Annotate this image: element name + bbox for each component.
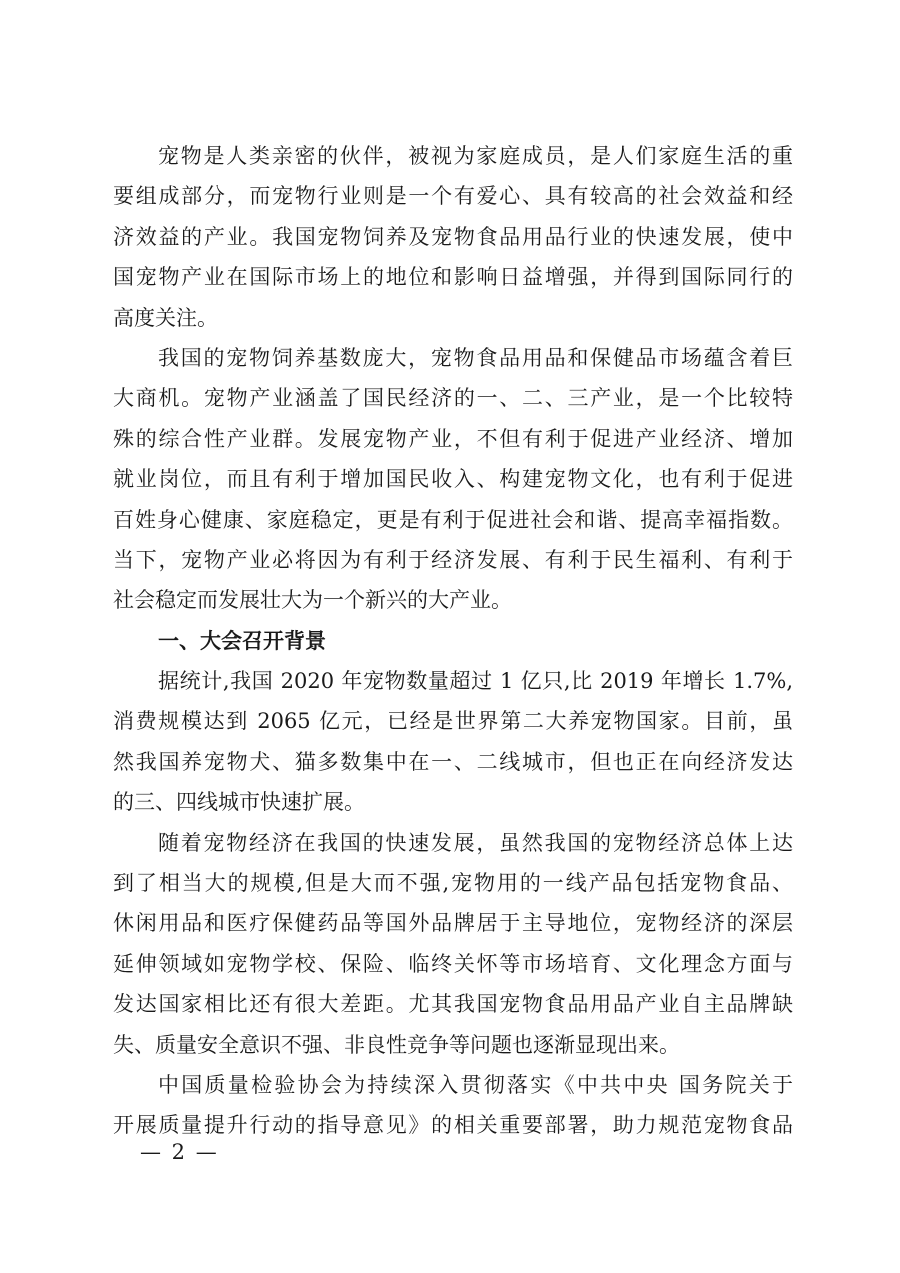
paragraph-industry: 我国的宠物饲养基数庞大，宠物食品用品和保健品市场蕴含着巨 大商机。宠物产业涵盖了… (113, 338, 793, 621)
text-line: 发达国家相比还有很大差距。尤其我国宠物食品用品产业自主品牌缺 (113, 984, 793, 1024)
text-line: 然我国养宠物犬、猫多数集中在一、二线城市，但也正在向经济发达 (113, 742, 793, 782)
document-page: 宠物是人类亲密的伙伴，被视为家庭成员，是人们家庭生活的重 要组成部分，而宠物行业… (0, 0, 900, 1273)
paragraph-statistics: 据统计,我国 2020 年宠物数量超过 1 亿只,比 2019 年增长 1.7%… (113, 661, 793, 823)
text-line: 到了相当大的规模,但是大而不强,宠物用的一线产品包括宠物食品、 (113, 863, 793, 903)
text-line: 消费规模达到 2065 亿元，已经是世界第二大养宠物国家。目前，虽 (113, 701, 793, 741)
text-line: 随着宠物经济在我国的快速发展，虽然我国的宠物经济总体上达 (113, 823, 793, 863)
section-heading: 一、大会召开背景 (113, 621, 793, 661)
text-line: 据统计,我国 2020 年宠物数量超过 1 亿只,比 2019 年增长 1.7%… (113, 661, 793, 701)
text-line: 当下，宠物产业必将因为有利于经济发展、有利于民生福利、有利于 (113, 540, 793, 580)
text-line: 高度关注。 (113, 298, 793, 338)
text-line: 济效益的产业。我国宠物饲养及宠物食品用品行业的快速发展，使中 (113, 217, 793, 257)
text-line: 国宠物产业在国际市场上的地位和影响日益增强，并得到国际同行的 (113, 257, 793, 297)
paragraph-intro: 宠物是人类亲密的伙伴，被视为家庭成员，是人们家庭生活的重 要组成部分，而宠物行业… (113, 136, 793, 338)
page-number: — 2 — (140, 1137, 219, 1167)
text-line: 的三、四线城市快速扩展。 (113, 782, 793, 822)
text-line: 要组成部分，而宠物行业则是一个有爱心、具有较高的社会效益和经 (113, 176, 793, 216)
text-line: 休闲用品和医疗保健药品等国外品牌居于主导地位，宠物经济的深层 (113, 903, 793, 943)
text-line: 殊的综合性产业群。发展宠物产业，不但有利于促进产业经济、增加 (113, 419, 793, 459)
paragraph-challenges: 随着宠物经济在我国的快速发展，虽然我国的宠物经济总体上达 到了相当大的规模,但是… (113, 823, 793, 1065)
text-line: 社会稳定而发展壮大为一个新兴的大产业。 (113, 580, 793, 620)
document-body: 宠物是人类亲密的伙伴，被视为家庭成员，是人们家庭生活的重 要组成部分，而宠物行业… (113, 136, 793, 1146)
text-line: 我国的宠物饲养基数庞大，宠物食品用品和保健品市场蕴含着巨 (113, 338, 793, 378)
paragraph-association: 中国质量检验协会为持续深入贯彻落实《中共中央 国务院关于 开展质量提升行动的指导… (113, 1065, 793, 1146)
text-line: 延伸领域如宠物学校、保险、临终关怀等市场培育、文化理念方面与 (113, 944, 793, 984)
text-line: 就业岗位，而且有利于增加国民收入、构建宠物文化，也有利于促进 (113, 459, 793, 499)
text-line: 中国质量检验协会为持续深入贯彻落实《中共中央 国务院关于 (113, 1065, 793, 1105)
text-line: 大商机。宠物产业涵盖了国民经济的一、二、三产业，是一个比较特 (113, 378, 793, 418)
text-line: 失、质量安全意识不强、非良性竞争等问题也逐渐显现出来。 (113, 1025, 793, 1065)
text-line: 宠物是人类亲密的伙伴，被视为家庭成员，是人们家庭生活的重 (113, 136, 793, 176)
text-line: 百姓身心健康、家庭稳定，更是有利于促进社会和谐、提高幸福指数。 (113, 500, 793, 540)
